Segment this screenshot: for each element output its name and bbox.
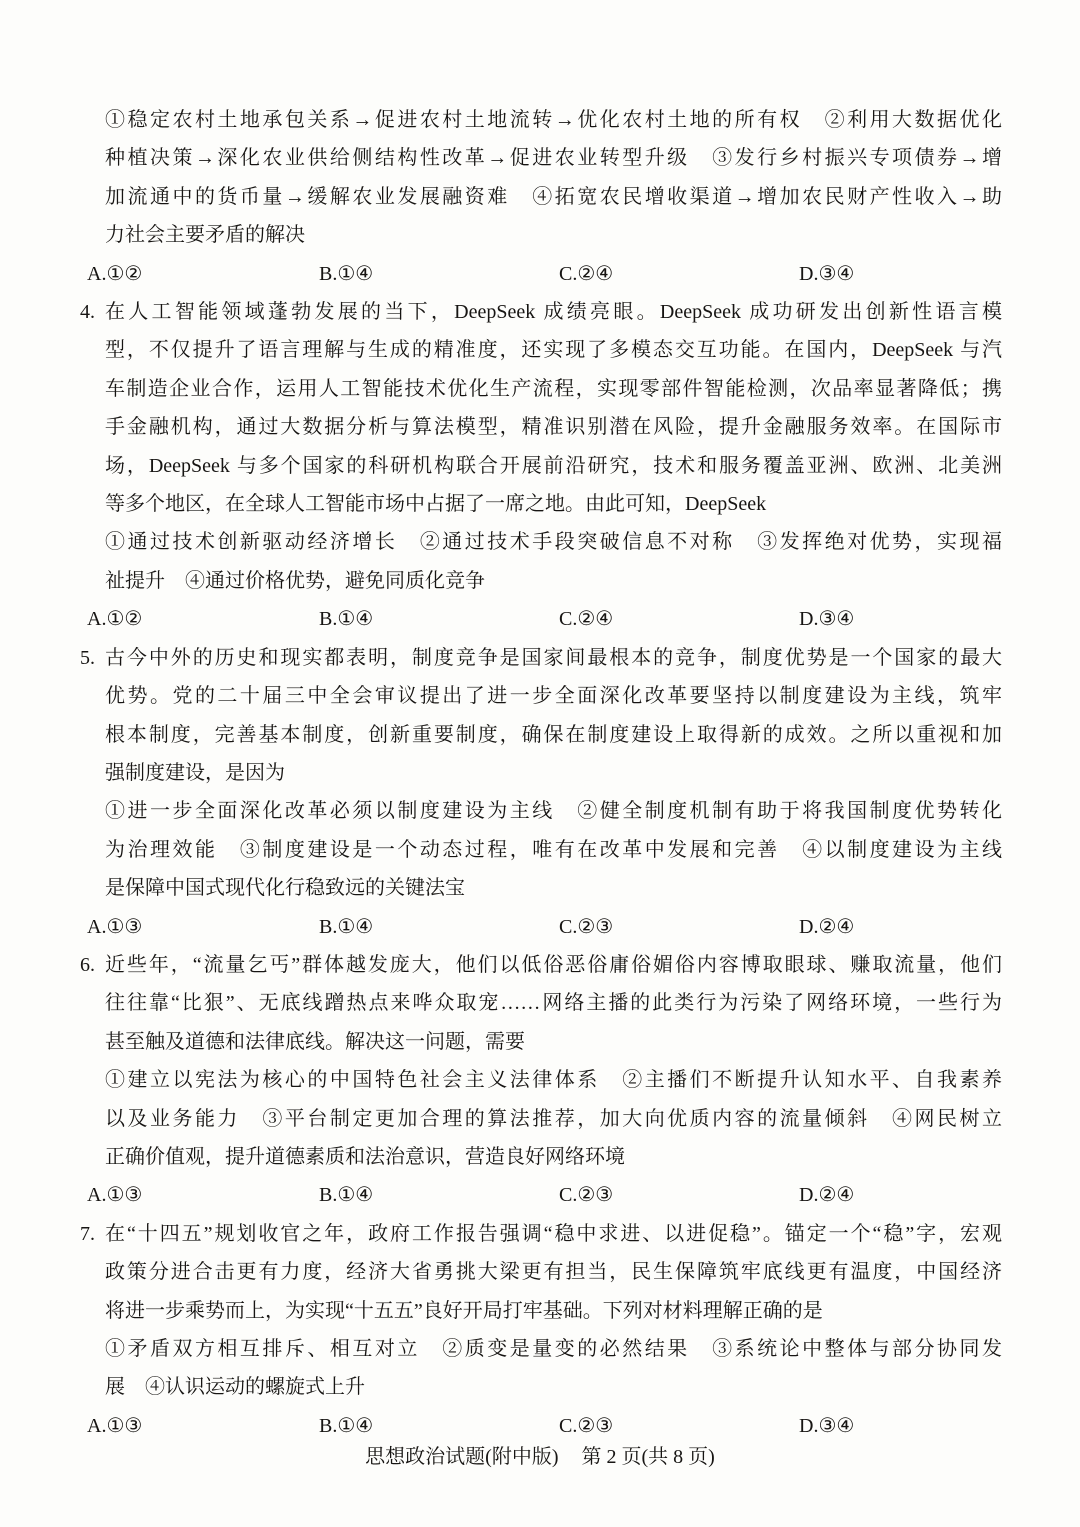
answer-choice-b: B.①④ xyxy=(319,600,559,638)
question-3-continued: ①稳定农村土地承包关系→促进农村土地流转→优化农村土地的所有权 ②利用大数据优化… xyxy=(78,101,1002,293)
answer-choice-d: D.②④ xyxy=(799,908,1002,946)
text-line: ①进一步全面深化改革必须以制度建设为主线 ②健全制度机制有助于将我国制度优势转化 xyxy=(105,792,1002,830)
answer-choice-a: A.①② xyxy=(87,255,319,293)
text-line: 在“十四五”规划收官之年，政府工作报告强调“稳中求进、以进促稳”。锚定一个“稳”… xyxy=(105,1215,1002,1253)
answer-choice-c: C.②③ xyxy=(559,1176,799,1214)
answer-row: A.①③ B.①④ C.②③ D.②④ xyxy=(87,908,1002,946)
footer-page-number: 第 2 页(共 8 页) xyxy=(582,1438,715,1476)
question-7: 7. 在“十四五”规划收官之年，政府工作报告强调“稳中求进、以进促稳”。锚定一个… xyxy=(78,1215,1002,1445)
exam-body: ①稳定农村土地承包关系→促进农村土地流转→优化农村土地的所有权 ②利用大数据优化… xyxy=(78,101,1002,1445)
text-line: ①矛盾双方相互排斥、相互对立 ②质变是量变的必然结果 ③系统论中整体与部分协同发 xyxy=(105,1330,1002,1368)
answer-choice-b: B.①④ xyxy=(319,1176,559,1214)
text-line: 等多个地区，在全球人工智能市场中占据了一席之地。由此可知，DeepSeek xyxy=(105,485,1002,523)
text-line: 甚至触及道德和法律底线。解决这一问题，需要 xyxy=(105,1023,1002,1061)
text-line: 种植决策→深化农业供给侧结构性改革→促进农业转型升级 ③发行乡村振兴专项债券→增 xyxy=(105,139,1002,177)
question-6: 6. 近些年，“流量乞丐”群体越发庞大，他们以低俗恶俗庸俗媚俗内容博取眼球、赚取… xyxy=(78,946,1002,1215)
text-line: 将进一步乘势而上，为实现“十五五”良好开局打牢基础。下列对材料理解正确的是 xyxy=(105,1292,1002,1330)
question-number: 6. xyxy=(80,946,105,984)
text-line: 是保障中国式现代化行稳致远的关键法宝 xyxy=(105,869,1002,907)
text-line: 手金融机构，通过大数据分析与算法模型，精准识别潜在风险，提升金融服务效率。在国际… xyxy=(105,408,1002,446)
text-line: 展 ④认识运动的螺旋式上升 xyxy=(105,1368,1002,1406)
text-line: 以及业务能力 ③平台制定更加合理的算法推荐，加大向优质内容的流量倾斜 ④网民树立 xyxy=(105,1100,1002,1138)
text-line: 加流通中的货币量→缓解农业发展融资难 ④拓宽农民增收渠道→增加农民财产性收入→助 xyxy=(105,178,1002,216)
answer-row: A.①③ B.①④ C.②③ D.②④ xyxy=(87,1176,1002,1214)
question-number: 7. xyxy=(80,1215,105,1253)
answer-row: A.①② B.①④ C.②④ D.③④ xyxy=(87,600,1002,638)
text-line: ①建立以宪法为核心的中国特色社会主义法律体系 ②主播们不断提升认知水平、自我素养 xyxy=(105,1061,1002,1099)
text-line: 古今中外的历史和现实都表明，制度竞争是国家间最根本的竞争，制度优势是一个国家的最… xyxy=(105,639,1002,677)
answer-row: A.①② B.①④ C.②④ D.③④ xyxy=(87,255,1002,293)
question-number: 5. xyxy=(80,639,105,677)
text-line: 场，DeepSeek 与多个国家的科研机构联合开展前沿研究，技术和服务覆盖亚洲、… xyxy=(105,447,1002,485)
answer-choice-d: D.③④ xyxy=(799,255,1002,293)
text-line: 强制度建设，是因为 xyxy=(105,754,1002,792)
answer-choice-d: D.③④ xyxy=(799,600,1002,638)
text-line: ①通过技术创新驱动经济增长 ②通过技术手段突破信息不对称 ③发挥绝对优势，实现福 xyxy=(105,523,1002,561)
text-line: 型，不仅提升了语言理解与生成的精准度，还实现了多模态交互功能。在国内，DeepS… xyxy=(105,331,1002,369)
question-5: 5. 古今中外的历史和现实都表明，制度竞争是国家间最根本的竞争，制度优势是一个国… xyxy=(78,639,1002,946)
text-line: 祉提升 ④通过价格优势，避免同质化竞争 xyxy=(105,562,1002,600)
footer-doc-title: 思想政治试题(附中版) xyxy=(365,1438,558,1476)
exam-page: { "document": { "background": "#fdfdfb",… xyxy=(0,0,1080,1527)
text-line: 力社会主要矛盾的解决 xyxy=(105,216,1002,254)
answer-choice-b: B.①④ xyxy=(319,255,559,293)
answer-choice-c: C.②④ xyxy=(559,255,799,293)
answer-choice-c: C.②③ xyxy=(559,908,799,946)
text-line: ①稳定农村土地承包关系→促进农村土地流转→优化农村土地的所有权 ②利用大数据优化 xyxy=(105,101,1002,139)
text-line: 往往靠“比狠”、无底线蹭热点来哗众取宠……网络主播的此类行为污染了网络环境，一些… xyxy=(105,984,1002,1022)
text-line: 近些年，“流量乞丐”群体越发庞大，他们以低俗恶俗庸俗媚俗内容博取眼球、赚取流量，… xyxy=(105,946,1002,984)
text-line: 根本制度，完善基本制度，创新重要制度，确保在制度建设上取得新的成效。之所以重视和… xyxy=(105,716,1002,754)
text-line: 优势。党的二十届三中全会审议提出了进一步全面深化改革要坚持以制度建设为主线，筑牢 xyxy=(105,677,1002,715)
page-footer: 思想政治试题(附中版) 第 2 页(共 8 页) xyxy=(0,1438,1080,1476)
question-number: 4. xyxy=(80,293,105,331)
answer-choice-a: A.①③ xyxy=(87,908,319,946)
text-line: 在人工智能领域蓬勃发展的当下，DeepSeek 成绩亮眼。DeepSeek 成功… xyxy=(105,293,1002,331)
answer-choice-b: B.①④ xyxy=(319,908,559,946)
answer-choice-c: C.②④ xyxy=(559,600,799,638)
answer-choice-a: A.①③ xyxy=(87,1176,319,1214)
answer-choice-d: D.②④ xyxy=(799,1176,1002,1214)
text-line: 政策分进合击更有力度，经济大省勇挑大梁更有担当，民生保障筑牢底线更有温度，中国经… xyxy=(105,1253,1002,1291)
text-line: 车制造企业合作，运用人工智能技术优化生产流程，实现零部件智能检测，次品率显著降低… xyxy=(105,370,1002,408)
question-4: 4. 在人工智能领域蓬勃发展的当下，DeepSeek 成绩亮眼。DeepSeek… xyxy=(78,293,1002,639)
text-line: 正确价值观，提升道德素质和法治意识，营造良好网络环境 xyxy=(105,1138,1002,1176)
text-line: 为治理效能 ③制度建设是一个动态过程，唯有在改革中发展和完善 ④以制度建设为主线 xyxy=(105,831,1002,869)
answer-choice-a: A.①② xyxy=(87,600,319,638)
